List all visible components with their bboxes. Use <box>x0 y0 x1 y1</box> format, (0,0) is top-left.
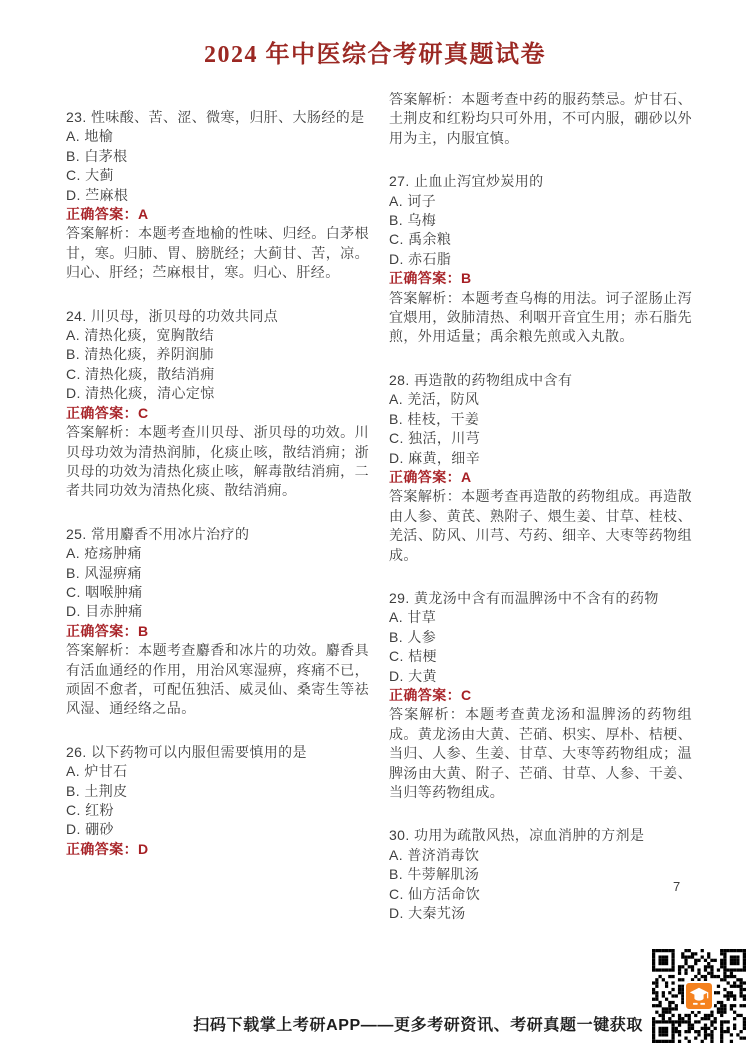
question-option: D. 苎麻根 <box>66 186 369 205</box>
page-number: 7 <box>673 879 680 894</box>
question-option: B. 桂枝，干姜 <box>389 410 692 429</box>
question-block: 答案解析：本题考查中药的服药禁忌。炉甘石、土荆皮和红粉均只可外用，不可内服，硼砂… <box>389 90 692 148</box>
question-block: 27. 止血止泻宜炒炭用的A. 诃子B. 乌梅C. 禹余粮D. 赤石脂正确答案：… <box>389 172 692 347</box>
question-block: 30. 功用为疏散风热，凉血消肿的方剂是A. 普济消毒饮B. 牛蒡解肌汤C. 仙… <box>389 826 692 923</box>
question-block: 25. 常用麝香不用冰片治疗的A. 疮疡肿痛B. 风湿痹痛C. 咽喉肿痛D. 目… <box>66 525 369 719</box>
question-option: B. 人参 <box>389 628 692 647</box>
question-option: A. 炉甘石 <box>66 762 369 781</box>
correct-answer: 正确答案：C <box>66 404 369 423</box>
question-option: D. 目赤肿痛 <box>66 602 369 621</box>
question-option: A. 羌活，防风 <box>389 390 692 409</box>
question-option: D. 赤石脂 <box>389 250 692 269</box>
question-option: C. 禹余粮 <box>389 230 692 249</box>
footer-promo-text: 扫码下载掌上考研APP——更多考研资讯、考研真题一键获取 <box>193 1012 643 1035</box>
answer-analysis: 答案解析：本题考查乌梅的用法。诃子涩肠止泻宜煨用，敛肺清热、利咽开音宜生用；赤石… <box>389 289 692 347</box>
correct-answer: 正确答案：A <box>66 205 369 224</box>
question-stem: 27. 止血止泻宜炒炭用的 <box>389 172 692 191</box>
correct-answer: 正确答案：D <box>66 840 369 859</box>
question-stem: 28. 再造散的药物组成中含有 <box>389 371 692 390</box>
correct-answer: 正确答案：C <box>389 686 692 705</box>
question-option: D. 硼砂 <box>66 820 369 839</box>
app-logo-graduation-cap-icon <box>684 981 714 1011</box>
question-option: B. 牛蒡解肌汤 <box>389 865 692 884</box>
correct-answer: 正确答案：A <box>389 468 692 487</box>
question-stem: 23. 性味酸、苦、涩、微寒，归肝、大肠经的是 <box>66 108 369 127</box>
question-option: A. 诃子 <box>389 192 692 211</box>
question-stem: 30. 功用为疏散风热，凉血消肿的方剂是 <box>389 826 692 845</box>
question-block: 28. 再造散的药物组成中含有A. 羌活，防风B. 桂枝，干姜C. 独活，川芎D… <box>389 371 692 565</box>
qr-code <box>652 949 746 1043</box>
page-title: 2024 年中医综合考研真题试卷 <box>0 34 750 69</box>
exam-paper-page: 2024 年中医综合考研真题试卷 23. 性味酸、苦、涩、微寒，归肝、大肠经的是… <box>0 0 750 1061</box>
question-option: C. 桔梗 <box>389 647 692 666</box>
question-option: B. 乌梅 <box>389 211 692 230</box>
answer-analysis: 答案解析：本题考查中药的服药禁忌。炉甘石、土荆皮和红粉均只可外用，不可内服，硼砂… <box>389 90 692 148</box>
question-option: D. 麻黄，细辛 <box>389 449 692 468</box>
answer-analysis: 答案解析：本题考查再造散的药物组成。再造散由人参、黄芪、熟附子、煨生姜、甘草、桂… <box>389 487 692 565</box>
answer-analysis: 答案解析：本题考查地榆的性味、归经。白茅根甘，寒。归肺、胃、膀胱经；大蓟甘、苦，… <box>66 224 369 282</box>
question-option: C. 大蓟 <box>66 166 369 185</box>
question-option: A. 普济消毒饮 <box>389 846 692 865</box>
correct-answer: 正确答案：B <box>66 622 369 641</box>
question-option: C. 仙方活命饮 <box>389 885 692 904</box>
question-option: A. 地榆 <box>66 127 369 146</box>
question-option: A. 疮疡肿痛 <box>66 544 369 563</box>
question-stem: 26. 以下药物可以内服但需要慎用的是 <box>66 743 369 762</box>
question-option: A. 清热化痰，宽胸散结 <box>66 326 369 345</box>
question-block: 29. 黄龙汤中含有而温脾汤中不含有的药物A. 甘草B. 人参C. 桔梗D. 大… <box>389 589 692 802</box>
question-option: B. 土荆皮 <box>66 782 369 801</box>
column-right: 答案解析：本题考查中药的服药禁忌。炉甘石、土荆皮和红粉均只可外用，不可内服，硼砂… <box>389 90 692 947</box>
question-stem: 25. 常用麝香不用冰片治疗的 <box>66 525 369 544</box>
question-block: 23. 性味酸、苦、涩、微寒，归肝、大肠经的是A. 地榆B. 白茅根C. 大蓟D… <box>66 108 369 283</box>
question-option: D. 大秦艽汤 <box>389 904 692 923</box>
correct-answer: 正确答案：B <box>389 269 692 288</box>
question-option: B. 白茅根 <box>66 147 369 166</box>
answer-analysis: 答案解析：本题考查麝香和冰片的功效。麝香具有活血通经的作用，用治风寒湿痹，疼痛不… <box>66 641 369 719</box>
question-option: C. 独活，川芎 <box>389 429 692 448</box>
question-block: 24. 川贝母，浙贝母的功效共同点A. 清热化痰，宽胸散结B. 清热化痰，养阴润… <box>66 307 369 501</box>
answer-analysis: 答案解析：本题考查川贝母、浙贝母的功效。川贝母功效为清热润肺，化痰止咳，散结消痈… <box>66 423 369 501</box>
question-stem: 29. 黄龙汤中含有而温脾汤中不含有的药物 <box>389 589 692 608</box>
question-option: A. 甘草 <box>389 608 692 627</box>
question-stem: 24. 川贝母，浙贝母的功效共同点 <box>66 307 369 326</box>
question-option: C. 咽喉肿痛 <box>66 583 369 602</box>
question-option: B. 清热化痰，养阴润肺 <box>66 345 369 364</box>
question-block: 26. 以下药物可以内服但需要慎用的是A. 炉甘石B. 土荆皮C. 红粉D. 硼… <box>66 743 369 859</box>
column-left: 23. 性味酸、苦、涩、微寒，归肝、大肠经的是A. 地榆B. 白茅根C. 大蓟D… <box>66 108 369 883</box>
question-option: D. 清热化痰，清心定惊 <box>66 384 369 403</box>
answer-analysis: 答案解析：本题考查黄龙汤和温脾汤的药物组成。黄龙汤由大黄、芒硝、枳实、厚朴、桔梗… <box>389 705 692 802</box>
question-option: C. 清热化痰，散结消痈 <box>66 365 369 384</box>
question-option: C. 红粉 <box>66 801 369 820</box>
question-option: D. 大黄 <box>389 667 692 686</box>
question-option: B. 风湿痹痛 <box>66 564 369 583</box>
